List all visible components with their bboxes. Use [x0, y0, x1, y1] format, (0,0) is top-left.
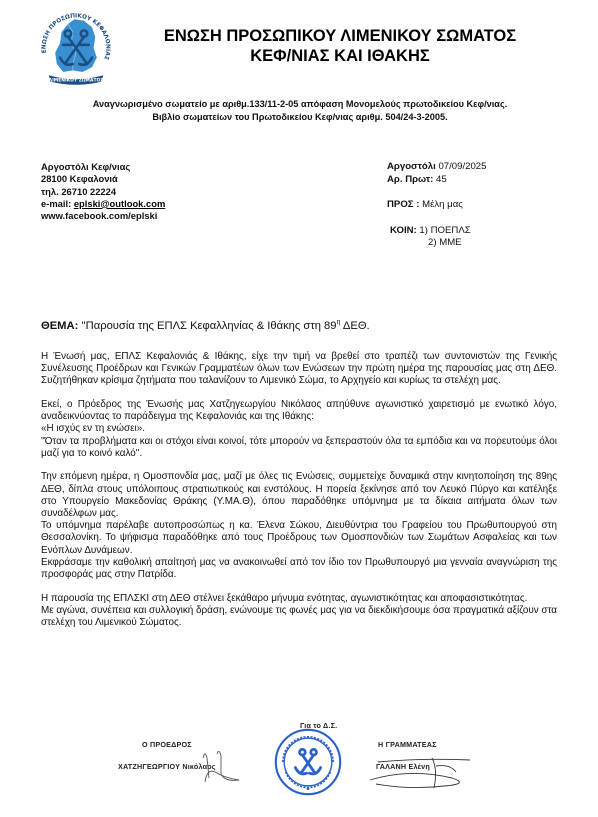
cc-row: ΚΟΙΝ: 1) ΠΟΕΠΛΣ [390, 225, 486, 238]
sender-address: Αργοστόλι Κεφ/νιας 28100 Κεφαλονιά τηλ. … [41, 161, 165, 222]
letter-date: 07/09/2025 [438, 161, 486, 172]
registry-note: Αναγνωρισμένο σωματείο με αριθμ.133/11-2… [20, 98, 580, 124]
sender-email-row: e-mail: eplski@outlook.com [41, 198, 165, 210]
paragraph-intro: Η Ένωσή μας, ΕΠΛΣ Κεφαλονιάς & Ιθάκης, ε… [41, 351, 557, 388]
speech-intro: Εκεί, ο Πρόεδρος της Ένωσής μας Χατζηγεω… [41, 399, 557, 423]
official-anchor-stamp-icon [273, 727, 343, 797]
anchor-emblem-icon: ΕΝΩΣΗ ΠΡΟΣΩΠΙΚΟΥ ΚΕΦΑΛΟΝΙΑΣ - ΙΘΑΚΗΣ ΛΙΜ… [36, 8, 116, 88]
cc-label: ΚΟΙΝ: [390, 225, 417, 236]
org-title-line1: ΕΝΩΣΗ ΠΡΟΣΩΠΙΚΟΥ ΛΙΜΕΝΙΚΟΥ ΣΩΜΑΤΟΣ [110, 26, 570, 46]
mobilization-text: Την επόμενη ημέρα, η Ομοσπονδία μας, μαζ… [41, 471, 557, 520]
recipient-row: ΠΡΟΣ : Μέλη μας [387, 199, 486, 212]
paragraph-conclusion: Η παρουσία της ΕΠΛΣΚΙ στη ΔΕΘ στέλνει ξε… [41, 593, 557, 630]
subject-text: ''Παρουσία της ΕΠΛΣ Κεφαλληνίας & Ιθάκης… [78, 320, 336, 332]
registry-line2: Βιβλίο σωματείων του Πρωτοδικείου Κεφ/νι… [20, 111, 580, 124]
subject-text-end: ΔΕΘ. [340, 320, 369, 332]
demand-text: Εκφράσαμε την καθολική απαίτησή μας να α… [41, 557, 557, 581]
org-title-line2: ΚΕΦ/ΝΙΑΣ ΚΑΙ ΙΘΑΚΗΣ [110, 46, 570, 66]
president-signature-icon [195, 748, 255, 786]
sender-city: Αργοστόλι Κεφ/νιας [41, 161, 165, 173]
secretary-title: Η ΓΡΑΜΜΑΤΕΑΣ [378, 740, 437, 749]
svg-text:ΛΙΜΕΝΙΚΟΥ ΣΩΜΑΤΟΣ: ΛΙΜΕΝΙΚΟΥ ΣΩΜΑΤΟΣ [49, 78, 104, 84]
memorandum-text: Το υπόμνημα παρέλαβε αυτοπροσώπως η κα. … [41, 520, 557, 557]
place-label: Αργοστόλι [387, 161, 436, 172]
protocol-row: Αρ. Πρωτ: 45 [387, 174, 486, 187]
sender-phone: τηλ. 26710 22224 [41, 186, 165, 198]
email-label: e-mail: [41, 198, 74, 209]
cc-item: 1) ΠΟΕΠΛΣ [419, 225, 470, 236]
date-row: Αργοστόλι 07/09/2025 [387, 161, 486, 174]
facebook-link[interactable]: www.facebook.com/eplski [41, 210, 165, 222]
protocol-number: 45 [436, 174, 447, 185]
letter-body: Η Ένωσή μας, ΕΠΛΣ Κεφαλονιάς & Ιθάκης, ε… [41, 351, 557, 641]
speech-quote: ''Όταν τα προβλήματα και οι στόχοι είναι… [41, 436, 557, 460]
to-value: Μέλη μας [422, 199, 463, 210]
sender-postal: 28100 Κεφαλονιά [41, 173, 165, 185]
paragraph-mobilization: Την επόμενη ημέρα, η Ομοσπονδία μας, μαζ… [41, 471, 557, 581]
letter-meta: Αργοστόλι 07/09/2025 Αρ. Πρωτ: 45 ΠΡΟΣ :… [387, 161, 486, 250]
closing-text: Με αγώνα, συνέπεια και συλλογική δράση, … [41, 605, 557, 629]
president-title: Ο ΠΡΟΕΔΡΟΣ [142, 740, 192, 749]
secretary-signature-icon [360, 750, 480, 792]
subject-label: ΘΕΜΑ: [41, 320, 78, 332]
speech-quote-motto: «Η ισχύς εν τη ενώσει». [41, 423, 557, 435]
protocol-label: Αρ. Πρωτ: [387, 174, 433, 185]
subject-line: ΘΕΜΑ: ''Παρουσία της ΕΠΛΣ Κεφαλληνίας & … [41, 319, 370, 333]
org-title: ΕΝΩΣΗ ΠΡΟΣΩΠΙΚΟΥ ΛΙΜΕΝΙΚΟΥ ΣΩΜΑΤΟΣ ΚΕΦ/Ν… [110, 26, 570, 66]
registry-line1: Αναγνωρισμένο σωματείο με αριθμ.133/11-2… [20, 98, 580, 111]
email-link[interactable]: eplski@outlook.com [74, 198, 165, 209]
paragraph-president-speech: Εκεί, ο Πρόεδρος της Ένωσής μας Χατζηγεω… [41, 399, 557, 460]
conclusion-text: Η παρουσία της ΕΠΛΣΚΙ στη ΔΕΘ στέλνει ξε… [41, 593, 557, 605]
cc-item: 2) ΜΜΕ [390, 237, 486, 250]
to-label: ΠΡΟΣ : [387, 199, 419, 210]
